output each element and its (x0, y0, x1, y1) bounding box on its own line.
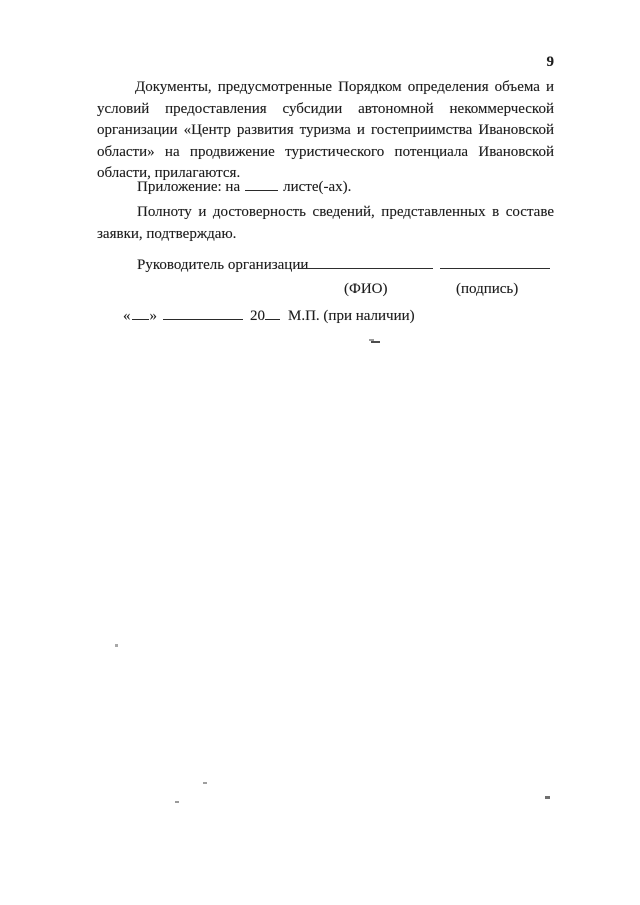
paragraph-confirmation: Полноту и достоверность сведений, предст… (97, 202, 554, 245)
scan-artifact-speck (175, 801, 179, 803)
date-line: «»20М.П. (при наличии) (123, 306, 415, 328)
paragraph-documents-attached: Документы, предусмотренные Порядком опре… (97, 77, 554, 185)
signature-role-label: Руководитель организации (137, 255, 308, 277)
page-number: 9 (547, 52, 555, 74)
signature-caption: (подпись) (456, 279, 518, 301)
signature-blank-line (440, 268, 550, 269)
fio-caption: (ФИО) (344, 279, 388, 301)
scan-artifact-dash-light (369, 339, 374, 341)
day-blank (132, 307, 149, 320)
scan-artifact-speck (115, 644, 118, 647)
attachment-prefix: Приложение: на (137, 179, 240, 195)
fio-blank-line (299, 268, 433, 269)
year-prefix: 20 (250, 308, 265, 324)
month-blank (163, 307, 243, 320)
attachment-line: Приложение: налисте(-ах). (137, 177, 351, 199)
mp-label: М.П. (при наличии) (288, 308, 415, 324)
open-quote: « (123, 308, 131, 324)
attachment-suffix: листе(-ах). (283, 179, 351, 195)
scan-artifact-dash (371, 341, 380, 343)
scan-artifact-speck (545, 796, 550, 799)
close-quote: » (150, 308, 158, 324)
sheet-count-blank (245, 178, 278, 191)
year-blank (265, 307, 280, 320)
document-page: 9 Документы, предусмотренные Порядком оп… (0, 0, 640, 905)
scan-artifact-speck (203, 782, 207, 784)
